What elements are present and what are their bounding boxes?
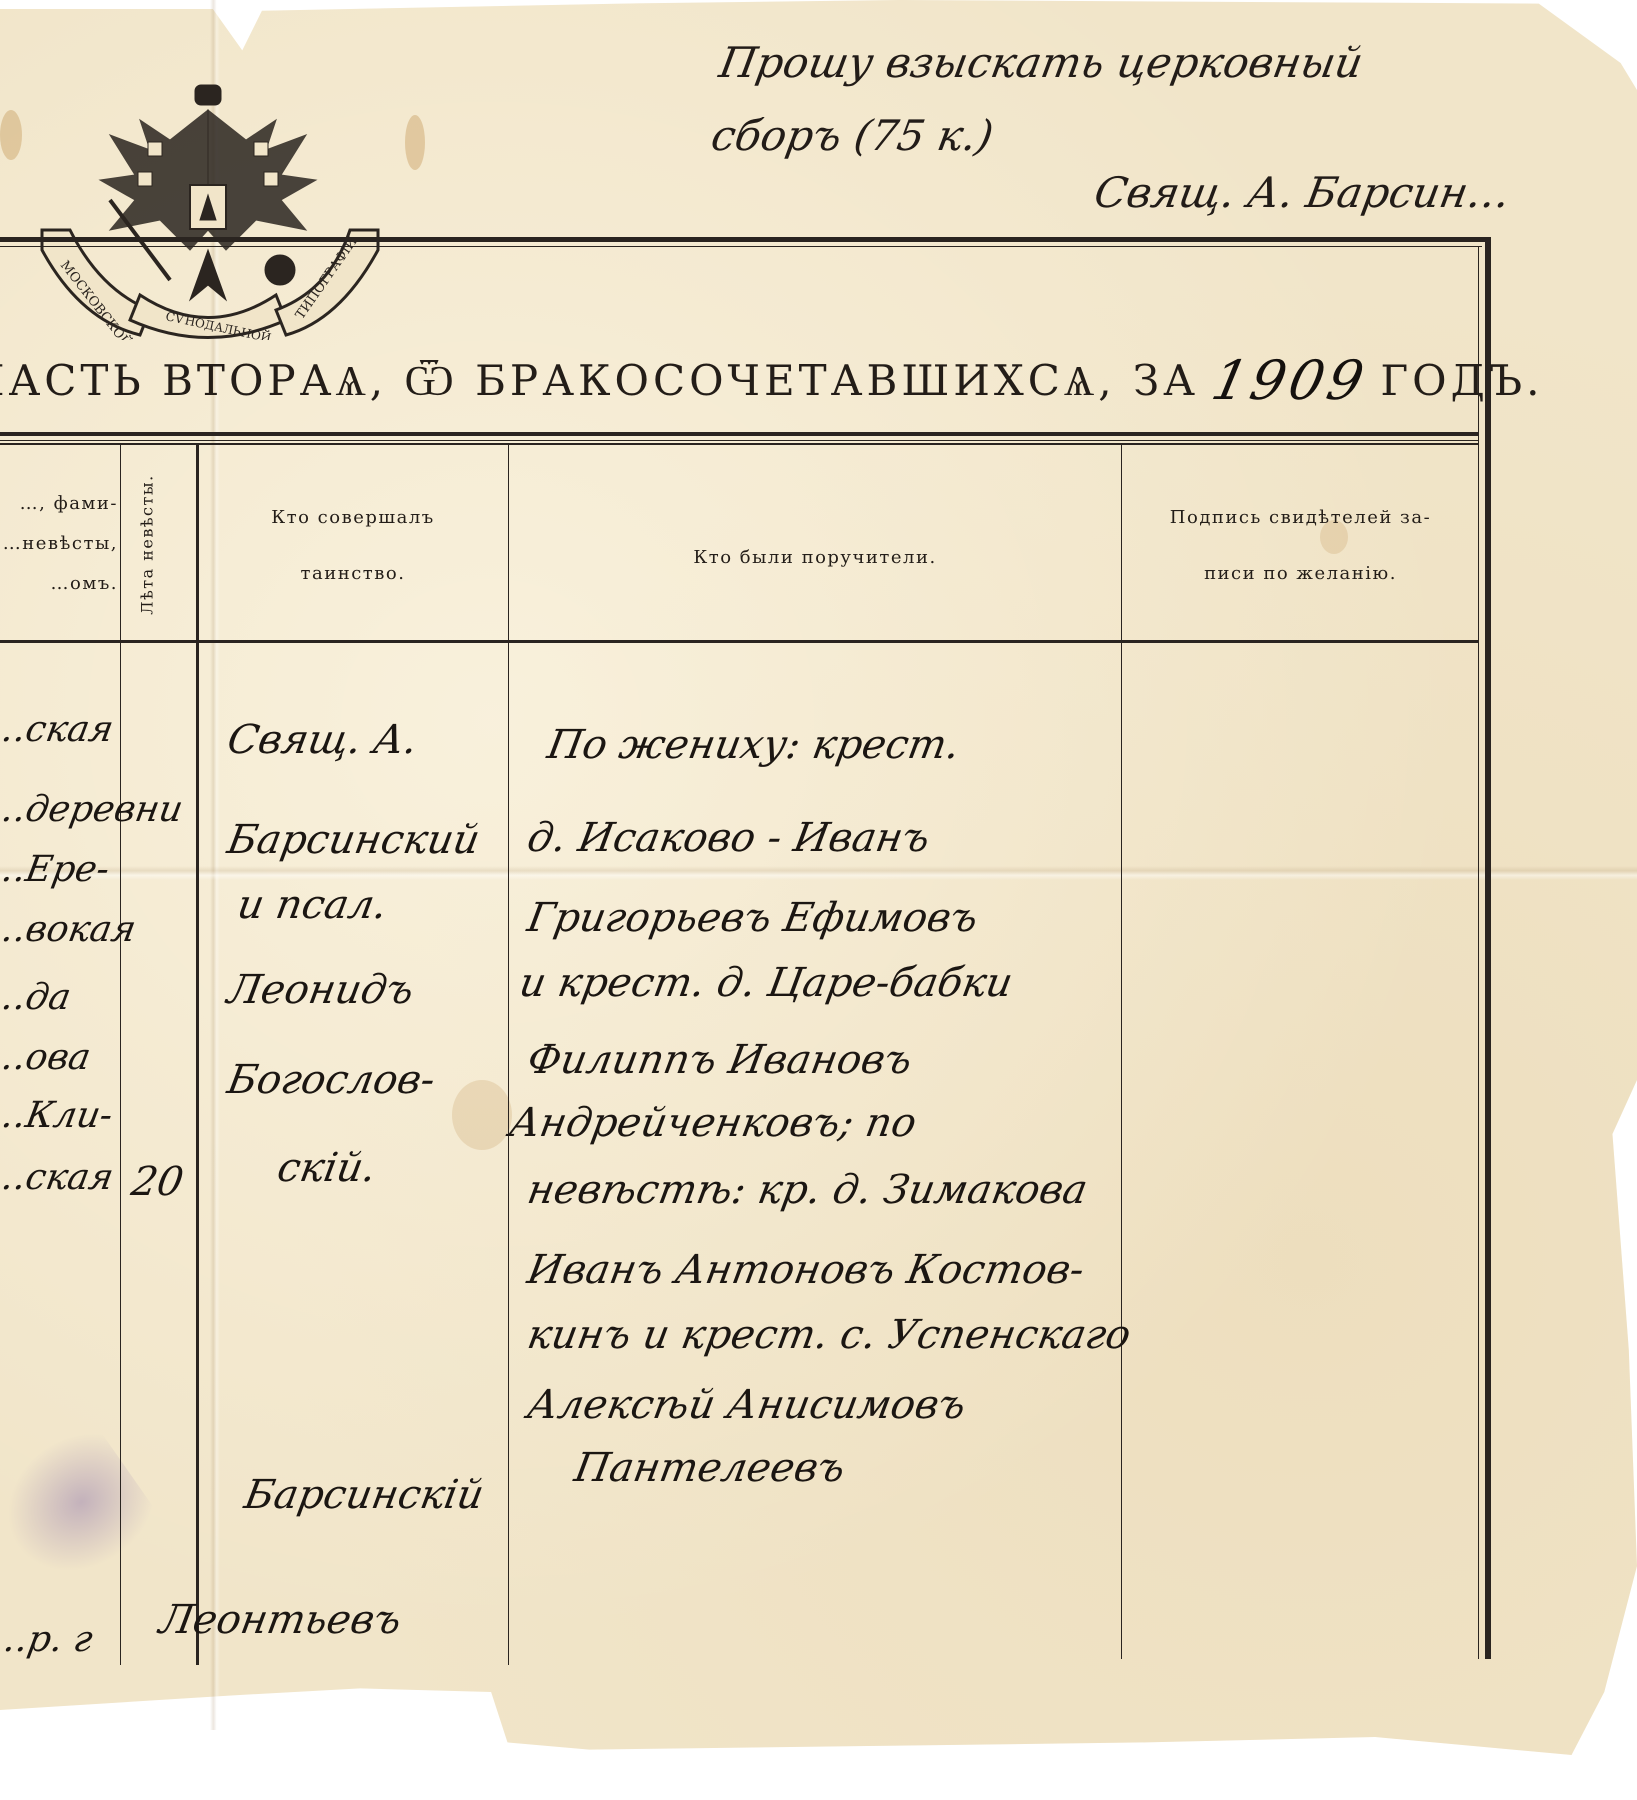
note-line-2: сборъ (75 к.) (708, 115, 996, 157)
column-divider (1121, 445, 1122, 1659)
header-top-rule-thin-2 (0, 443, 1478, 445)
header-top-rule-thin (0, 440, 1478, 441)
signature-leontyev: Леонтьевъ (156, 1600, 404, 1640)
cell-bride-age: 20 (128, 1162, 186, 1202)
note-signature: Свящ. А. Барсин… (1091, 172, 1513, 214)
page-title: ЧАСТЬ ВТОРАѦ, Ѿ БРАКОСОЧЕТАВШИХСѦ, ЗА190… (0, 345, 1360, 405)
header-bride-name-partial: …, фами- …невѣсты, …омъ. (0, 484, 118, 604)
title-prefix: ЧАСТЬ ВТОРАѦ, Ѿ БРАКОСОЧЕТАВШИХСѦ, ЗА (0, 356, 1199, 405)
column-divider (196, 445, 199, 1665)
header-officiant: Кто совершалъ таинство. (200, 490, 506, 602)
double-headed-eagle-icon: МОСКОВСКОЙ СѴНОДАЛЬНОЙ ТИПОГРАФІИ (40, 80, 380, 340)
paper-fold-horizontal (0, 866, 1637, 880)
stain (405, 115, 425, 170)
frame-top-inner-border (0, 246, 1482, 247)
header-bottom-rule (0, 640, 1478, 643)
title-year: 1909 (1206, 349, 1373, 412)
header-witness-signatures: Подпись свидѣтелей за- писи по желанію. (1123, 490, 1478, 602)
header-top-rule (0, 432, 1478, 436)
header-sureties: Кто были поручители. (510, 530, 1120, 586)
frame-right-border (1485, 237, 1491, 1659)
stain (452, 1080, 512, 1150)
header-bride-age: Лѣта невѣсты. (122, 448, 172, 640)
signature-barsinsky: Барсинскій (241, 1475, 486, 1515)
title-suffix: ГОДЪ. (1380, 356, 1543, 405)
note-line-1: Прошу взыскать церковный (716, 42, 1366, 84)
signature-fragment-left: …р. г (0, 1622, 95, 1658)
stain (0, 110, 22, 160)
column-divider (508, 445, 509, 1665)
frame-right-inner-border (1478, 246, 1479, 1659)
frame-top-border (0, 237, 1487, 242)
column-divider (120, 445, 121, 1665)
